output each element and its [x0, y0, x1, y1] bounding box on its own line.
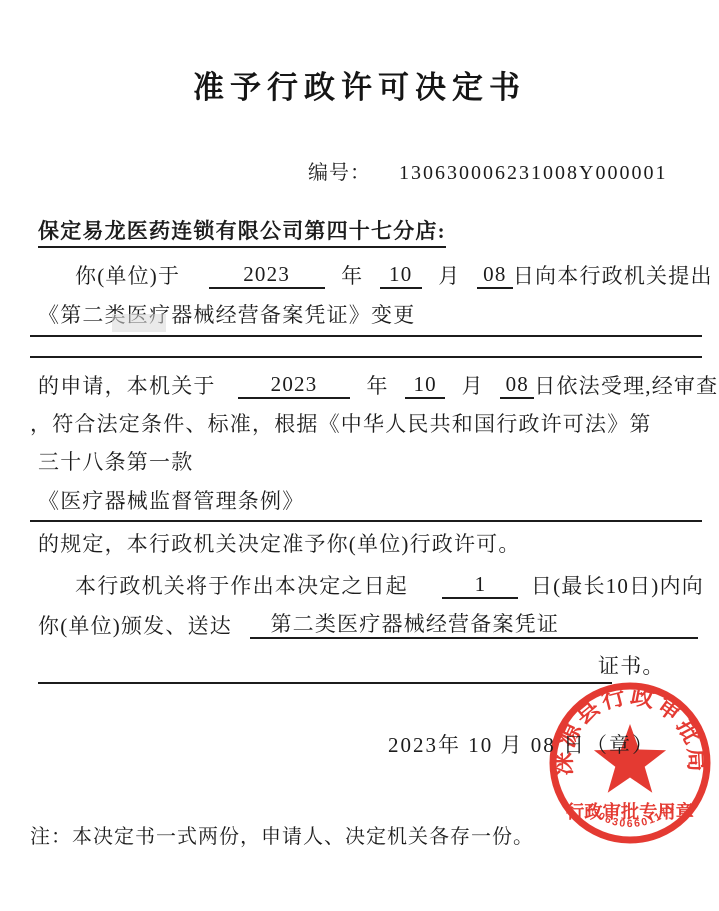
number-label: 编号： [308, 162, 371, 184]
accept-month-field: 10 [405, 371, 445, 399]
apply-pre-text: 你(单位)于 [75, 264, 180, 288]
apply-year-field: 2023 [209, 261, 325, 289]
apply-month-unit: 月 [438, 264, 460, 288]
deliver-value-field: 第二类医疗器械经营备案凭证 [250, 611, 698, 639]
apply-year-unit: 年 [341, 264, 363, 288]
law-reference-line-1: ，符合法定条件、标准，根据《中华人民共和国行政许可法》第 [30, 411, 652, 437]
apply-day-field: 08 [477, 261, 513, 289]
license-decision-document: 准予行政许可决定书 编号：130630006231008Y000001 保定易龙… [0, 0, 719, 911]
regulation-line: 《医疗器械监督管理条例》 [30, 488, 702, 522]
apply-post-text: 日向本行政机关提出 [513, 264, 713, 288]
accept-year-unit: 年 [367, 374, 389, 398]
blank-rule-line [30, 338, 702, 358]
decision-date-line: 2023年 10 月 08 日（章） [388, 729, 655, 759]
issue-pre-text: 本行政机关将于作出本决定之日起 [75, 574, 408, 598]
accept-month-unit: 月 [462, 374, 484, 398]
application-date-line: 你(单位)于 2023 年 10 月 08日向本行政机关提出 [75, 261, 713, 289]
footer-note: 注：本决定书一式两份，申请人、决定机关各存一份。 [30, 820, 534, 849]
decision-line: 的规定，本行政机关决定准予你(单位)行政许可。 [38, 531, 521, 557]
official-stamp: 涞源县行政审批局 行政审批专用章 1306306601171 [544, 678, 716, 850]
apply-month-field: 10 [380, 261, 422, 289]
accept-post-text: 日依法受理,经审查 [534, 374, 718, 398]
accept-year-field: 2023 [238, 371, 350, 399]
deliver-line: 你(单位)颁发、送达 第二类医疗器械经营备案凭证 [38, 611, 698, 639]
number-value: 130630006231008Y000001 [399, 162, 667, 184]
document-number-line: 编号：130630006231008Y000001 [308, 156, 667, 185]
recipient-name: 保定易龙医药连锁有限公司第四十七分店: [38, 218, 446, 248]
issue-post-text: 日(最长10日)内向 [531, 574, 704, 598]
issue-days-field: 1 [442, 571, 518, 599]
document-title: 准予行政许可决定书 [0, 62, 719, 107]
certificate-rule-line [38, 658, 612, 684]
deliver-pre-text: 你(单位)颁发、送达 [38, 614, 232, 638]
certificate-suffix: 证书。 [598, 653, 665, 679]
accept-day-field: 08 [500, 371, 534, 399]
scan-artifact [112, 314, 166, 332]
issue-days-line: 本行政机关将于作出本决定之日起 1 日(最长10日)内向 [75, 571, 704, 599]
law-reference-line-2: 三十八条第一款 [38, 449, 193, 475]
accept-pre-text: 的申请，本机关于 [38, 374, 216, 398]
acceptance-date-line: 的申请，本机关于 2023 年 10 月 08日依法受理,经审查 [38, 371, 718, 399]
